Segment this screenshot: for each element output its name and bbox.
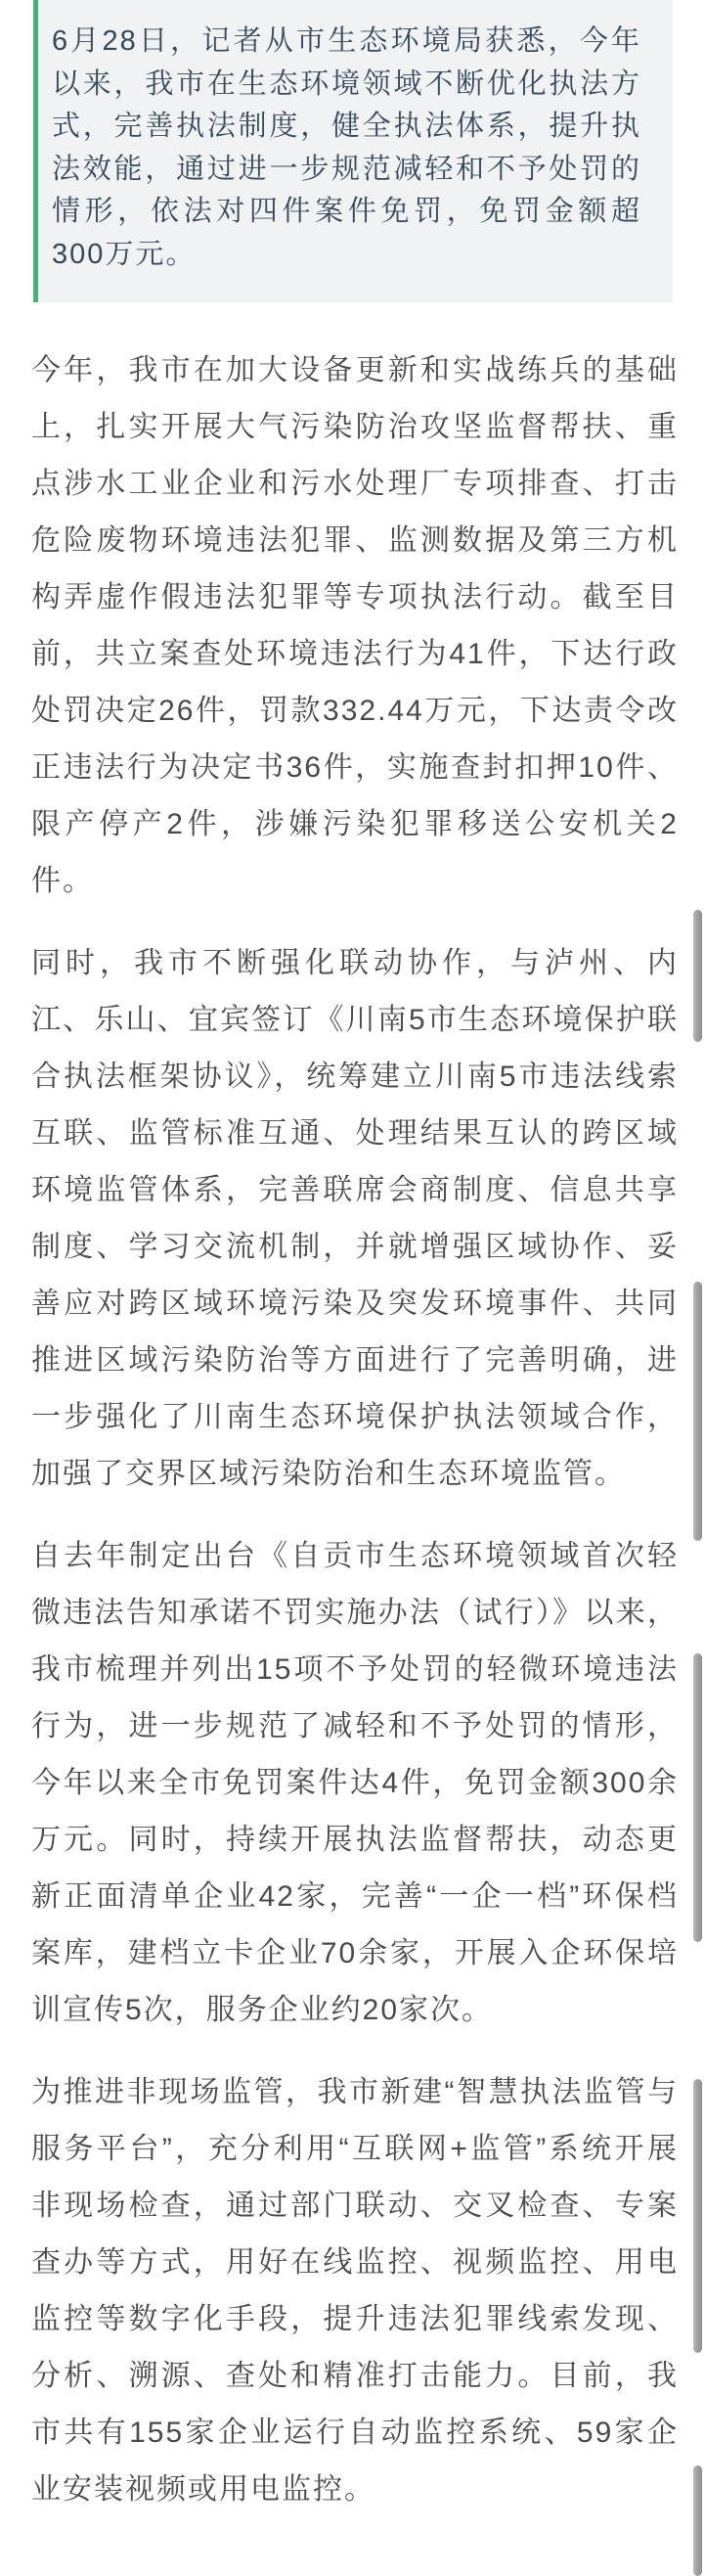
article-paragraph-1: 今年，我市在加大设备更新和实战练兵的基础上，扎实开展大气污染防治攻坚监督帮扶、重… <box>31 342 679 910</box>
highlight-quote: 6月28日，记者从市生态环境局获悉，今年以来，我市在生态环境领域不断优化执法方式… <box>33 0 673 302</box>
article-body: 今年，我市在加大设备更新和实战练兵的基础上，扎实开展大气污染防治攻坚监督帮扶、重… <box>31 302 679 2518</box>
scrollbar-thumb-1[interactable] <box>693 910 702 1042</box>
article-paragraph-4: 为推进非现场监管，我市新建“智慧执法监管与服务平台”，充分利用“互联网+监管”系… <box>31 2064 679 2518</box>
scrollbar-thumb-2[interactable] <box>693 1282 702 1541</box>
scrollbar-thumb-4[interactable] <box>693 2079 702 2353</box>
quote-text: 6月28日，记者从市生态环境局获悉，今年以来，我市在生态环境领域不断优化执法方式… <box>52 21 641 276</box>
article-page: 6月28日，记者从市生态环境局获悉，今年以来，我市在生态环境领域不断优化执法方式… <box>0 0 704 2576</box>
scrollbar-thumb-5[interactable] <box>693 2465 702 2576</box>
scrollbar-thumb-3[interactable] <box>693 1653 702 1942</box>
article-paragraph-2: 同时，我市不断强化联动协作，与泸州、内江、乐山、宜宾签订《川南5市生态环境保护联… <box>31 935 679 1503</box>
article-paragraph-3: 自去年制定出台《自贡市生态环境领域首次轻微违法告知承诺不罚实施办法（试行）》以来… <box>31 1528 679 2039</box>
